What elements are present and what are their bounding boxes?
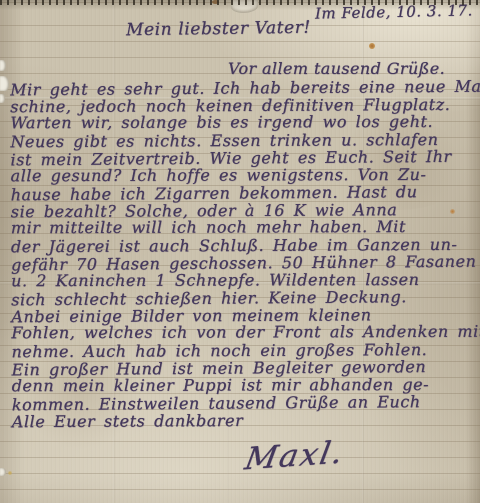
body-line: alle gesund? Ich hoffe es wenigstens. Vo… xyxy=(11,164,476,183)
foxing-spot xyxy=(369,43,375,49)
foxing-spot xyxy=(8,471,12,475)
perforated-edge xyxy=(0,0,480,5)
body-line: denn mein kleiner Puppi ist mir abhanden… xyxy=(12,374,477,393)
edge-damage xyxy=(0,468,6,476)
opening-line: Vor allem tausend Grüße. xyxy=(228,59,445,78)
body-line: Alle Euer stets dankbarer xyxy=(12,409,477,429)
body-line: mir mitteilte will ich noch mehr haben. … xyxy=(11,217,476,236)
signature: Maxl. xyxy=(242,435,347,478)
body-line: Fohlen, welches ich von der Front als An… xyxy=(11,322,476,341)
edge-damage xyxy=(0,94,5,103)
body-line: Warten wir, solange bis es irgend wo los… xyxy=(10,112,475,131)
salutation: Mein liebster Vater! xyxy=(126,18,311,41)
edge-damage xyxy=(0,76,9,91)
body-line: u. 2 Kaninchen 1 Schnepfe. Wildenten las… xyxy=(11,269,476,288)
letter-body: Mir geht es sehr gut. Ich hab bereits ei… xyxy=(10,77,477,429)
edge-damage xyxy=(0,60,6,71)
letter-scan: Im Felde, 10. 3. 17. Mein liebster Vater… xyxy=(0,0,480,503)
